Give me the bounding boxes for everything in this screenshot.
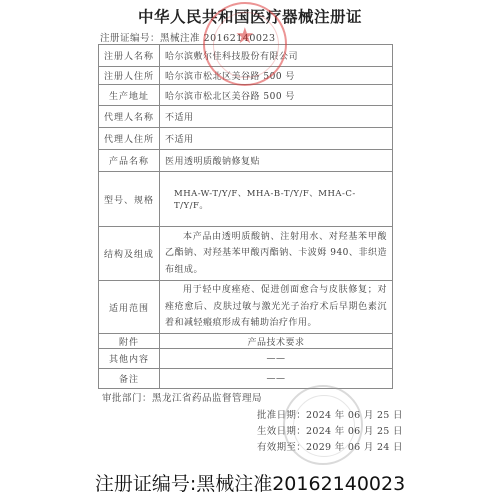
table-row: 结构及组成 本产品由透明质酸钠、注射用水、对羟基苯甲酸乙酯钠、对羟基苯甲酸丙酯钠… bbox=[99, 227, 393, 281]
row-value: —— bbox=[160, 349, 393, 369]
row-label: 产品名称 bbox=[99, 150, 160, 172]
certificate-table: 注册人名称 哈尔滨敷尔佳科技股份有限公司 注册人住所 哈尔滨市松北区美谷路 50… bbox=[98, 44, 393, 389]
approval-department: 审批部门：黑龙江省药品监督管理局 bbox=[102, 390, 262, 404]
row-label: 结构及组成 bbox=[99, 227, 160, 281]
table-row: 适用范围 用于轻中度痤疮、促进创面愈合与皮肤修复；对痤疮愈后、皮肤过敏与激光光子… bbox=[99, 281, 393, 334]
row-value: 不适用 bbox=[160, 128, 393, 150]
row-value: 用于轻中度痤疮、促进创面愈合与皮肤修复；对痤疮愈后、皮肤过敏与激光光子治疗术后早… bbox=[160, 281, 393, 334]
row-label: 注册人住所 bbox=[99, 67, 160, 85]
row-value: 医用透明质酸钠修复贴 bbox=[160, 150, 393, 172]
table-row: 生产地址 哈尔滨市松北区美谷路 500 号 bbox=[99, 85, 393, 106]
red-official-seal-icon: ★ bbox=[203, 2, 287, 86]
row-label: 适用范围 bbox=[99, 281, 160, 334]
row-label: 其他内容 bbox=[99, 349, 160, 369]
gray-seal-icon bbox=[283, 385, 363, 465]
row-label: 型号、规格 bbox=[99, 172, 160, 227]
star-icon: ★ bbox=[235, 26, 255, 48]
row-label: 生产地址 bbox=[99, 85, 160, 106]
table-row: 附件 产品技术要求 bbox=[99, 334, 393, 349]
row-value: 哈尔滨市松北区美谷路 500 号 bbox=[160, 85, 393, 106]
row-value: MHA-W-T/Y/F、MHA-B-T/Y/F、MHA-C-T/Y/F。 bbox=[160, 172, 393, 227]
row-label: 代理人名称 bbox=[99, 106, 160, 128]
table-row: 其他内容 —— bbox=[99, 349, 393, 369]
table-row: 型号、规格 MHA-W-T/Y/F、MHA-B-T/Y/F、MHA-C-T/Y/… bbox=[99, 172, 393, 227]
row-value: 产品技术要求 bbox=[160, 334, 393, 349]
row-label: 代理人住所 bbox=[99, 128, 160, 150]
seal-inner-ring bbox=[293, 395, 355, 457]
row-label: 注册人名称 bbox=[99, 45, 160, 67]
row-label: 附件 bbox=[99, 334, 160, 349]
table-row: 代理人名称 不适用 bbox=[99, 106, 393, 128]
row-value: 本产品由透明质酸钠、注射用水、对羟基苯甲酸乙酯钠、对羟基苯甲酸丙酯钠、卡波姆 9… bbox=[160, 227, 393, 281]
table-row: 备注 —— bbox=[99, 369, 393, 389]
table-row: 代理人住所 不适用 bbox=[99, 128, 393, 150]
row-label: 备注 bbox=[99, 369, 160, 389]
row-value: 不适用 bbox=[160, 106, 393, 128]
row-value: —— bbox=[160, 369, 393, 389]
footer-caption: 注册证编号:黑械注准20162140023 bbox=[0, 469, 500, 496]
table-row: 产品名称 医用透明质酸钠修复贴 bbox=[99, 150, 393, 172]
